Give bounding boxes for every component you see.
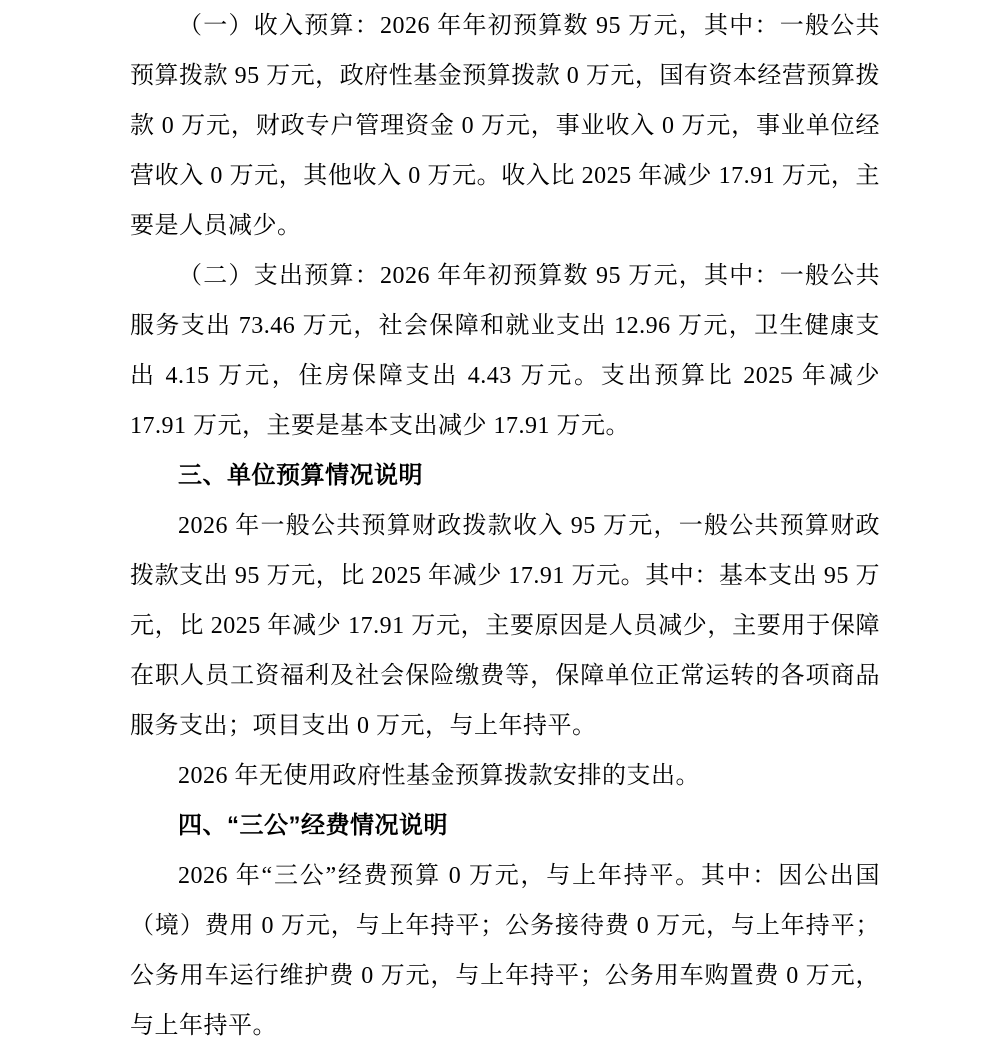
heading-unit-budget-explanation: 三、单位预算情况说明	[130, 451, 880, 501]
paragraph-expenditure-budget: （二）支出预算：2026 年年初预算数 95 万元，其中：一般公共服务支出 73…	[130, 251, 880, 451]
heading-three-public-expenses-explanation: 四、“三公”经费情况说明	[130, 801, 880, 851]
paragraph-income-budget: （一）收入预算：2026 年年初预算数 95 万元，其中：一般公共预算拨款 95…	[130, 1, 880, 251]
paragraph-general-public-budget-appropriation: 2026 年一般公共预算财政拨款收入 95 万元，一般公共预算财政拨款支出 95…	[130, 501, 880, 751]
paragraph-government-fund-budget: 2026 年无使用政府性基金预算拨款安排的支出。	[130, 751, 880, 801]
paragraph-three-public-expenses: 2026 年“三公”经费预算 0 万元，与上年持平。其中：因公出国（境）费用 0…	[130, 851, 880, 1051]
budget-document-page: （一）收入预算：2026 年年初预算数 95 万元，其中：一般公共预算拨款 95…	[0, 0, 1000, 1053]
